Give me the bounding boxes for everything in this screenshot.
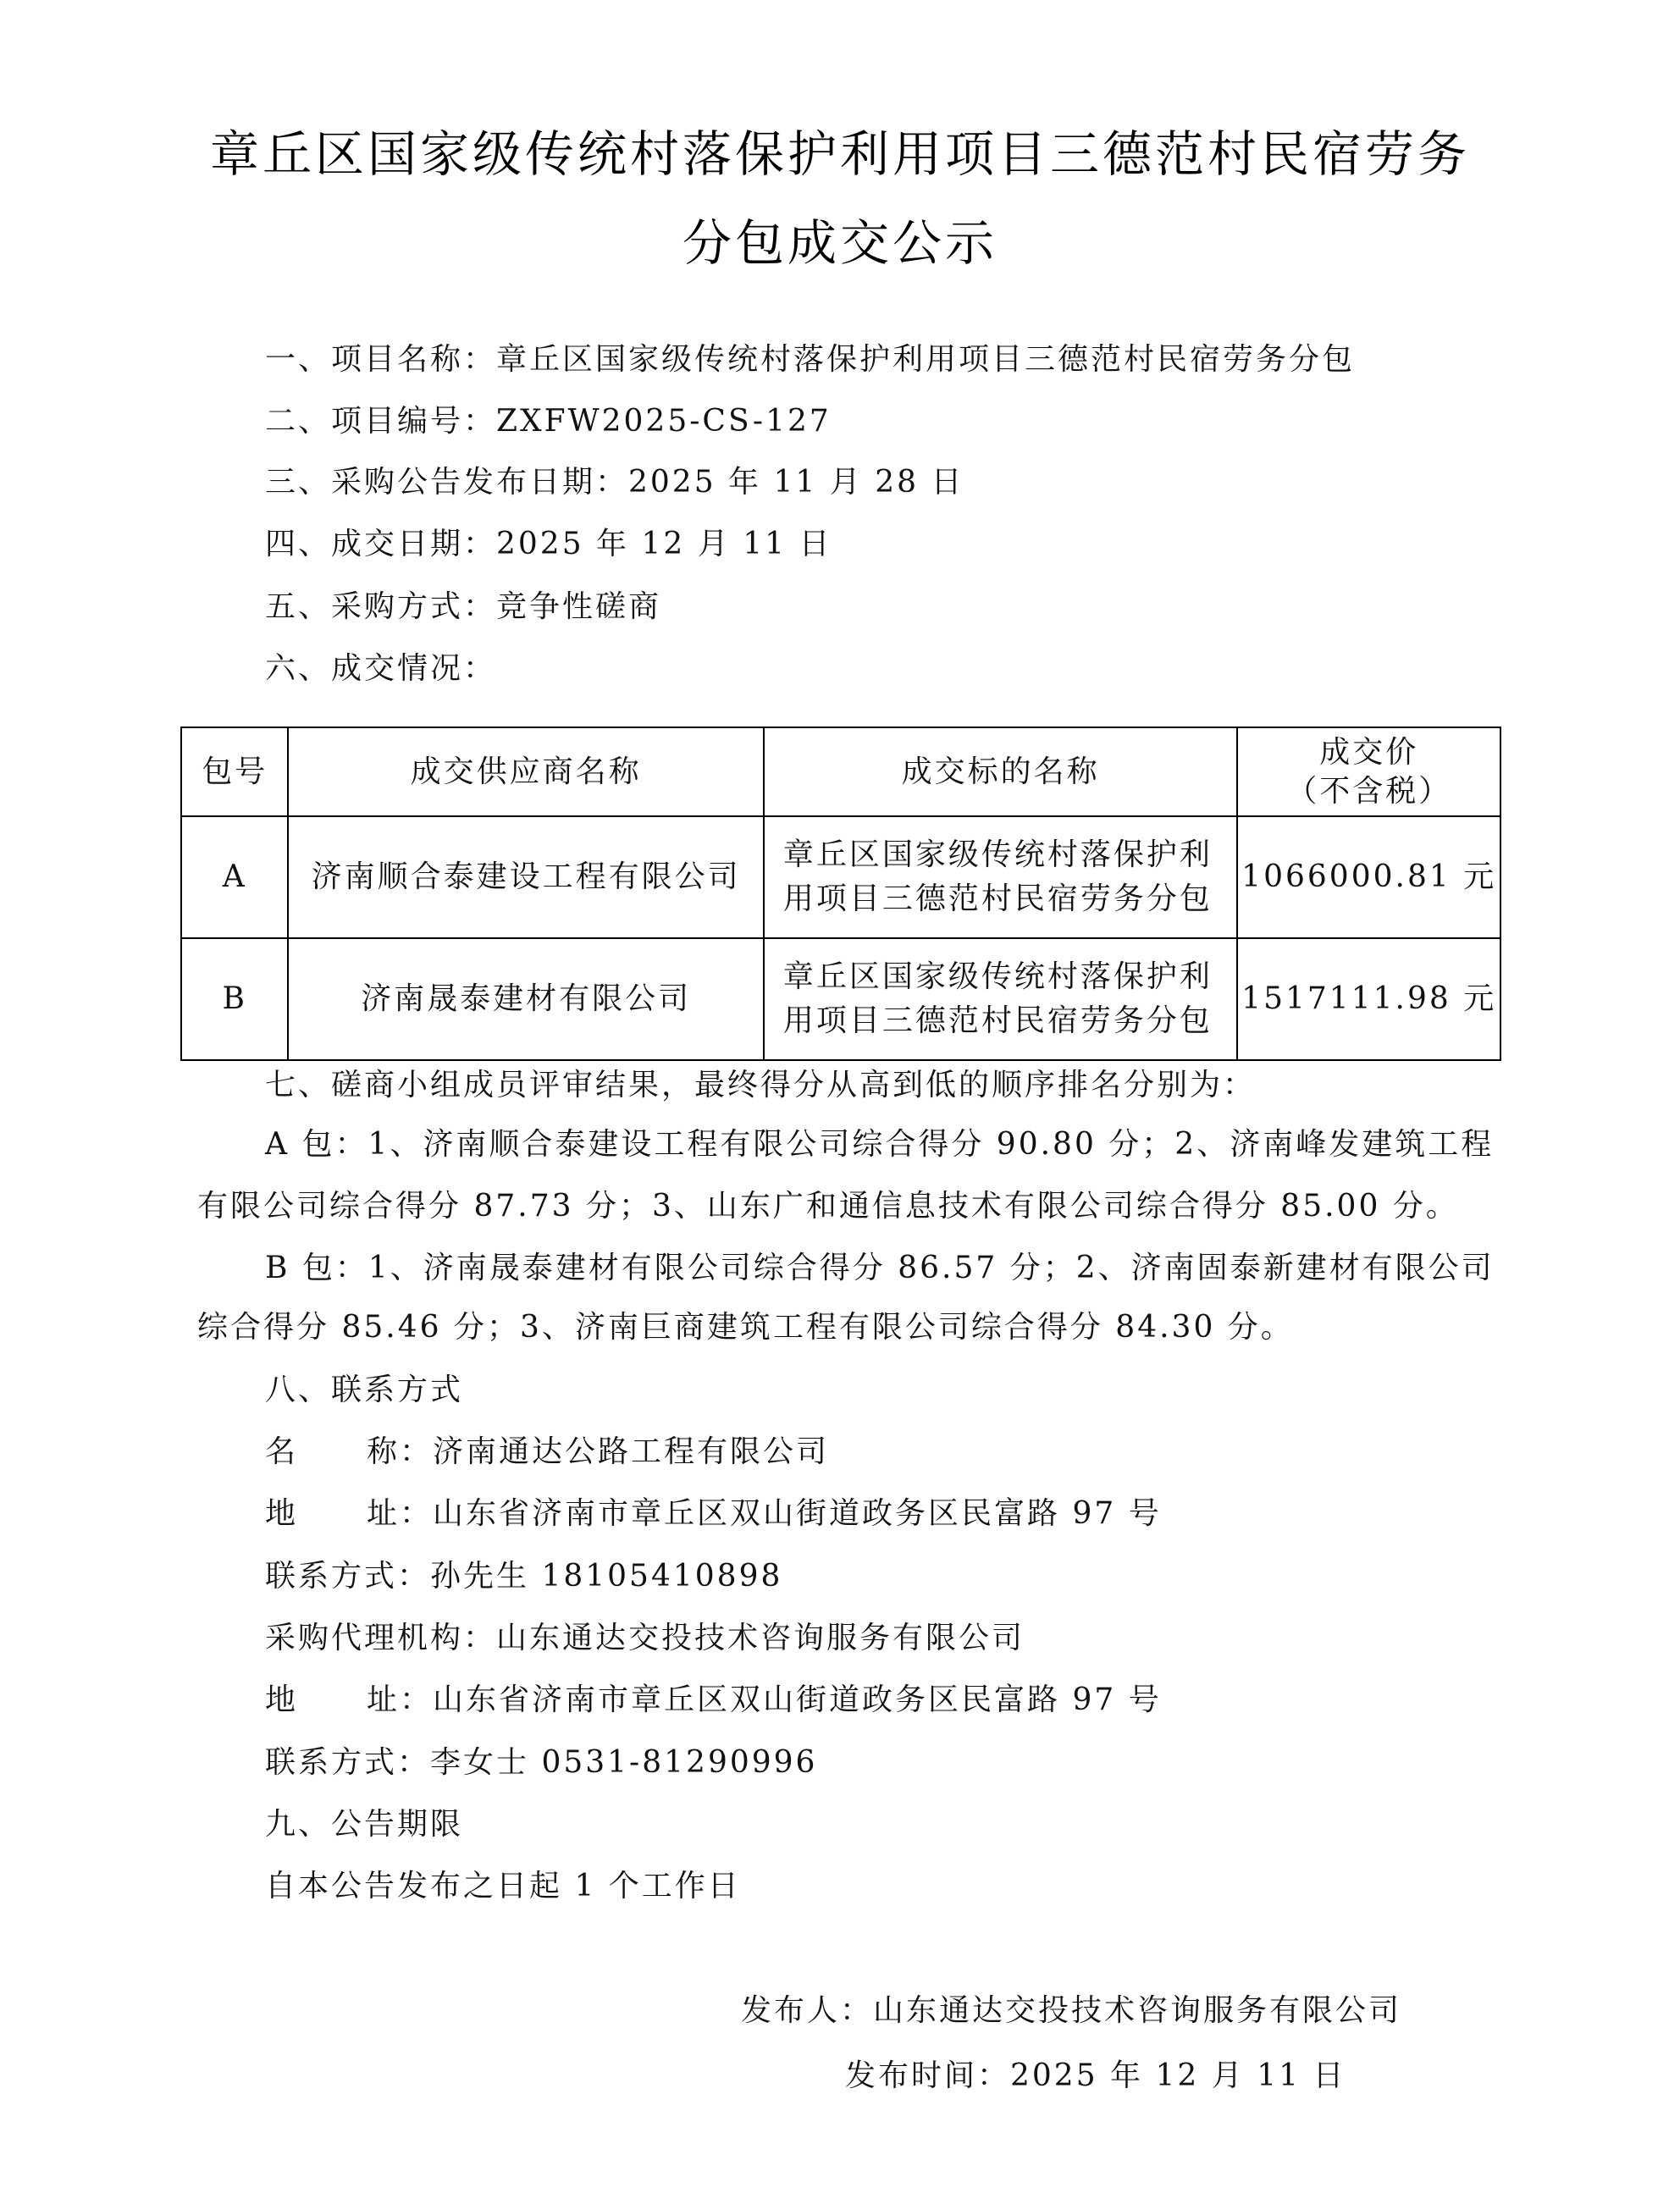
document-title-line1: 章丘区国家级传统村落保护利用项目三德范村民宿劳务 <box>0 114 1680 185</box>
publish-date: 发布时间：2025 年 12 月 11 日 <box>845 2056 1346 2097</box>
contact-name-label-b: 称： <box>367 1434 433 1469</box>
header-supplier: 成交供应商名称 <box>288 727 763 816</box>
header-price: 成交价 （不含税） <box>1237 727 1500 816</box>
header-subject: 成交标的名称 <box>764 727 1238 816</box>
period-text: 自本公告发布之日起 1 个工作日 <box>265 1866 741 1907</box>
table-header-row: 包号 成交供应商名称 成交标的名称 成交价 （不含税） <box>181 727 1500 816</box>
contact-address-label-b: 址： <box>367 1496 433 1531</box>
deal-table: 包号 成交供应商名称 成交标的名称 成交价 （不含税） A 济南顺合泰建设工程有… <box>180 727 1501 1061</box>
cell-subject: 章丘区国家级传统村落保护利 用项目三德范村民宿劳务分包 <box>764 938 1238 1060</box>
period-heading: 九、公告期限 <box>265 1804 463 1845</box>
contact-phone-1: 联系方式：孙先生 18105410898 <box>265 1556 782 1597</box>
agency-address-label-b: 址： <box>367 1682 433 1717</box>
project-number: 二、项目编号：ZXFW2025-CS-127 <box>265 401 832 442</box>
contact-name-row: 名称：济南通达公路工程有限公司 <box>265 1432 829 1472</box>
review-package-a-line1: A 包：1、济南顺合泰建设工程有限公司综合得分 90.80 分；2、济南峰发建筑… <box>265 1124 1494 1165</box>
cell-subject-line1: 章丘区国家级传统村落保护利 <box>783 955 1237 999</box>
header-price-label: 成交价 <box>1238 733 1500 772</box>
publisher: 发布人：山东通达交投技术咨询服务有限公司 <box>741 1991 1401 2031</box>
contact-address-row: 地址：山东省济南市章丘区双山街道政务区民富路 97 号 <box>265 1494 1162 1534</box>
contact-name-value: 济南通达公路工程有限公司 <box>433 1434 829 1469</box>
contact-address-value: 山东省济南市章丘区双山街道政务区民富路 97 号 <box>433 1496 1162 1531</box>
project-name: 一、项目名称：章丘区国家级传统村落保护利用项目三德范村民宿劳务分包 <box>265 340 1355 380</box>
review-package-a-line2: 有限公司综合得分 87.73 分；3、山东广和通信息技术有限公司综合得分 85.… <box>197 1186 1459 1227</box>
cell-supplier: 济南晟泰建材有限公司 <box>288 938 763 1060</box>
agency-address-value: 山东省济南市章丘区双山街道政务区民富路 97 号 <box>433 1682 1162 1717</box>
cell-package: B <box>181 938 288 1060</box>
cell-supplier: 济南顺合泰建设工程有限公司 <box>288 816 763 938</box>
cell-price: 1066000.81 元 <box>1237 816 1500 938</box>
table-row: B 济南晟泰建材有限公司 章丘区国家级传统村落保护利 用项目三德范村民宿劳务分包… <box>181 938 1500 1060</box>
procurement-method: 五、采购方式：竞争性磋商 <box>265 587 661 627</box>
review-heading: 七、磋商小组成员评审结果，最终得分从高到低的顺序排名分别为： <box>265 1065 1256 1106</box>
agency-address-label-a: 地 <box>265 1680 367 1721</box>
deal-date: 四、成交日期：2025 年 12 月 11 日 <box>265 524 832 565</box>
header-price-note: （不含税） <box>1238 772 1500 811</box>
contact-heading: 八、联系方式 <box>265 1370 463 1411</box>
cell-subject-line2: 用项目三德范村民宿劳务分包 <box>783 999 1237 1043</box>
cell-package: A <box>181 816 288 938</box>
document-title-line2: 分包成交公示 <box>0 203 1680 274</box>
review-package-b-line2: 综合得分 85.46 分；3、济南巨商建筑工程有限公司综合得分 84.30 分。 <box>197 1307 1294 1348</box>
agency-address-row: 地址：山东省济南市章丘区双山街道政务区民富路 97 号 <box>265 1680 1162 1721</box>
header-package: 包号 <box>181 727 288 816</box>
contact-phone-2: 联系方式：李女士 0531-81290996 <box>265 1743 817 1783</box>
cell-subject-line1: 章丘区国家级传统村落保护利 <box>783 833 1237 877</box>
table-row: A 济南顺合泰建设工程有限公司 章丘区国家级传统村落保护利 用项目三德范村民宿劳… <box>181 816 1500 938</box>
announcement-date: 三、采购公告发布日期：2025 年 11 月 28 日 <box>265 462 964 503</box>
cell-subject-line2: 用项目三德范村民宿劳务分包 <box>783 877 1237 921</box>
contact-name-label-a: 名 <box>265 1432 367 1472</box>
contact-address-label-a: 地 <box>265 1494 367 1534</box>
review-package-b-line1: B 包：1、济南晟泰建材有限公司综合得分 86.57 分；2、济南固泰新建材有限… <box>265 1248 1495 1289</box>
cell-price: 1517111.98 元 <box>1237 938 1500 1060</box>
deal-situation-heading: 六、成交情况： <box>265 649 496 689</box>
cell-subject: 章丘区国家级传统村落保护利 用项目三德范村民宿劳务分包 <box>764 816 1238 938</box>
procurement-agency: 采购代理机构：山东通达交投技术咨询服务有限公司 <box>265 1618 1025 1659</box>
